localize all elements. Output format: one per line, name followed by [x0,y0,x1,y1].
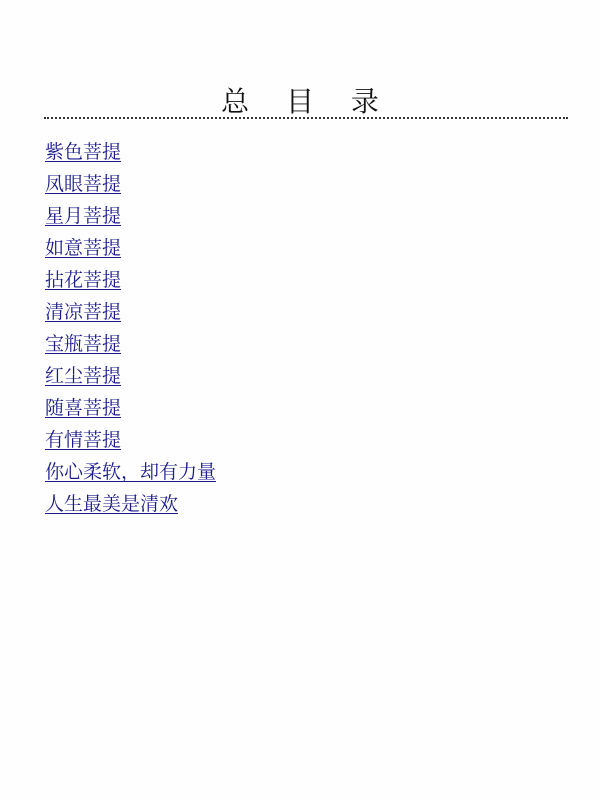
toc-item: 拈花菩提 [45,266,216,298]
title-char: 录 [351,80,379,120]
toc-link-6[interactable]: 清凉菩提 [45,301,121,323]
title-char: 目 [286,80,314,120]
toc-link-8[interactable]: 红尘菩提 [45,365,121,387]
table-of-contents: 紫色菩提 凤眼菩提 星月菩提 如意菩提 拈花菩提 清凉菩提 宝瓶菩提 红尘菩提 … [45,138,216,522]
toc-item: 如意菩提 [45,234,216,266]
toc-item: 清凉菩提 [45,298,216,330]
toc-link-11[interactable]: 你心柔软，却有力量 [45,461,216,483]
toc-link-10[interactable]: 有情菩提 [45,429,121,451]
toc-item: 红尘菩提 [45,362,216,394]
title-char: 总 [221,80,249,120]
toc-item: 宝瓶菩提 [45,330,216,362]
toc-link-7[interactable]: 宝瓶菩提 [45,333,121,355]
toc-item: 你心柔软，却有力量 [45,458,216,490]
toc-link-12[interactable]: 人生最美是清欢 [45,493,178,515]
toc-link-1[interactable]: 紫色菩提 [45,141,121,163]
dotted-divider [44,117,568,119]
toc-link-4[interactable]: 如意菩提 [45,237,121,259]
toc-link-2[interactable]: 凤眼菩提 [45,173,121,195]
page-title: 总 目 录 [0,80,600,120]
toc-link-5[interactable]: 拈花菩提 [45,269,121,291]
toc-item: 星月菩提 [45,202,216,234]
toc-link-3[interactable]: 星月菩提 [45,205,121,227]
toc-item: 紫色菩提 [45,138,216,170]
toc-item: 人生最美是清欢 [45,490,216,522]
toc-item: 凤眼菩提 [45,170,216,202]
toc-item: 随喜菩提 [45,394,216,426]
document-page: 总 目 录 紫色菩提 凤眼菩提 星月菩提 如意菩提 拈花菩提 清凉菩提 宝瓶菩提… [0,0,600,800]
toc-link-9[interactable]: 随喜菩提 [45,397,121,419]
toc-item: 有情菩提 [45,426,216,458]
